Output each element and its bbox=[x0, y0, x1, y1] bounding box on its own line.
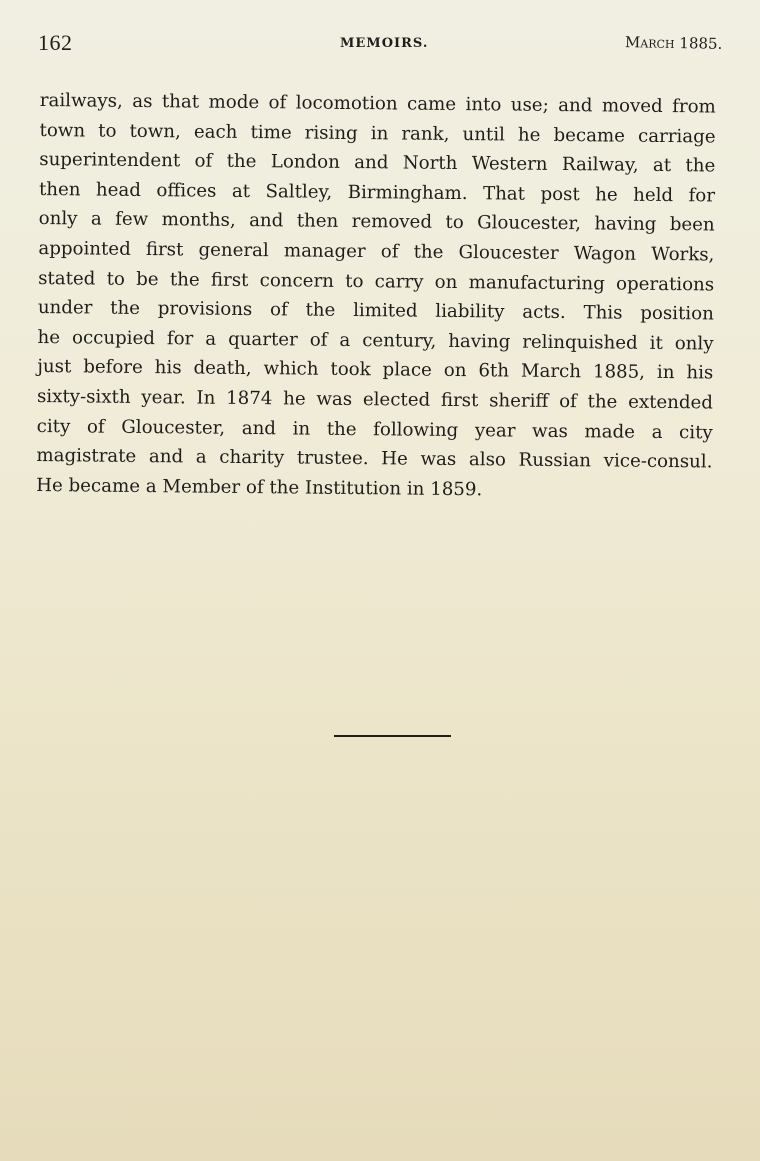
memoir-paragraph: railways, as that mode of locomotion cam… bbox=[36, 86, 716, 507]
page-number: 162 bbox=[38, 30, 73, 56]
section-divider-rule bbox=[334, 735, 451, 737]
page-header: 162 MEMOIRS. March 1885. bbox=[38, 24, 730, 54]
running-title: MEMOIRS. bbox=[340, 36, 428, 51]
running-date: March 1885. bbox=[625, 33, 723, 53]
book-page: 162 MEMOIRS. March 1885. railways, as th… bbox=[0, 0, 760, 1161]
